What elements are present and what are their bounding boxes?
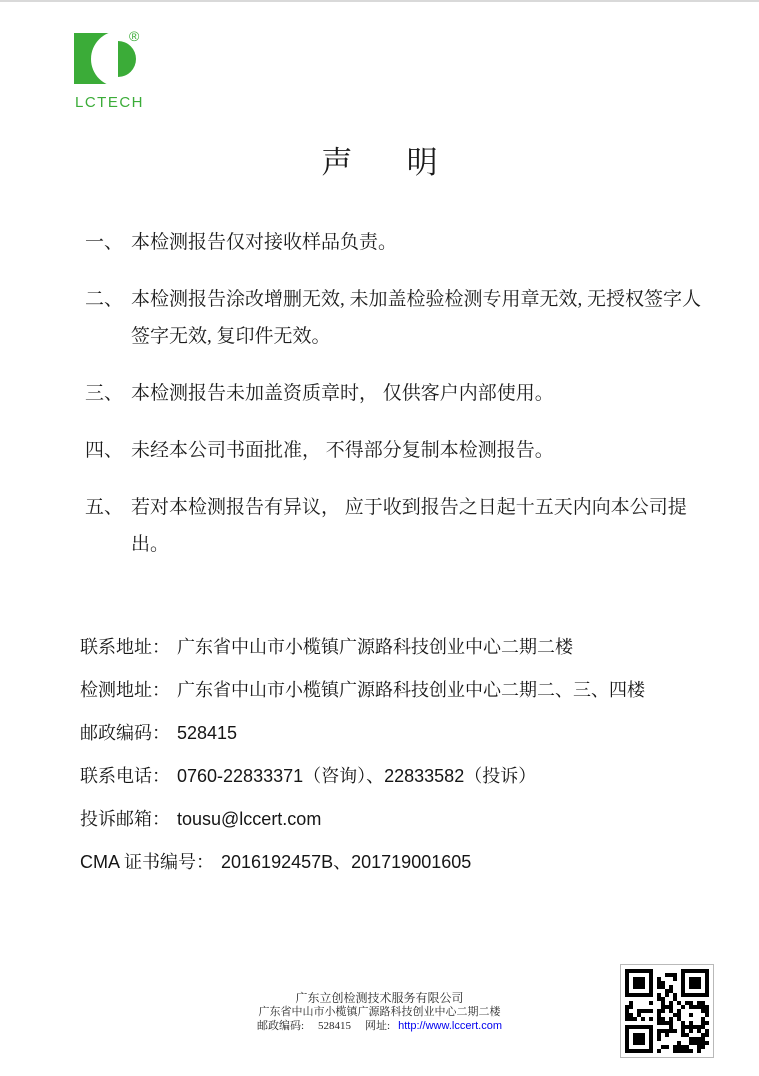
contact-line-complaint-email: 投诉邮箱：tousu@lccert.com bbox=[80, 798, 720, 841]
logo-brand-text: LCTECH bbox=[75, 94, 144, 111]
statement-text: 未经本公司书面批准， 不得部分复制本检测报告。 bbox=[131, 432, 701, 469]
contact-line-test-address: 检测地址：广东省中山市小榄镇广源路科技创业中心二期二、三、四楼 bbox=[80, 669, 720, 712]
contact-label: CMA 证书编号： bbox=[80, 852, 214, 872]
footer-website-label: 网址: bbox=[365, 1020, 390, 1032]
contact-value: 广东省中山市小榄镇广源路科技创业中心二期二、三、四楼 bbox=[177, 680, 645, 700]
statement-item: 三、 本检测报告未加盖资质章时， 仅供客户内部使用。 bbox=[85, 375, 701, 412]
footer-postcode-label: 邮政编码: bbox=[257, 1020, 304, 1032]
statement-number: 二、 bbox=[85, 281, 131, 355]
footer-website-link[interactable]: http://www.lccert.com bbox=[398, 1020, 502, 1032]
contact-value: 0760-22833371（咨询）、22833582（投诉） bbox=[177, 766, 536, 786]
contact-label: 邮政编码： bbox=[80, 723, 170, 743]
qr-code-frame bbox=[620, 964, 714, 1058]
contact-line-phone: 联系电话：0760-22833371（咨询）、22833582（投诉） bbox=[80, 755, 720, 798]
contact-label: 联系电话： bbox=[80, 766, 170, 786]
statement-text: 本检测报告未加盖资质章时， 仅供客户内部使用。 bbox=[131, 375, 701, 412]
statement-number: 三、 bbox=[85, 375, 131, 412]
contact-value: tousu@lccert.com bbox=[177, 809, 321, 829]
statement-item: 四、 未经本公司书面批准， 不得部分复制本检测报告。 bbox=[85, 432, 701, 469]
footer-postcode: 528415 bbox=[318, 1020, 351, 1032]
contact-label: 联系地址： bbox=[80, 637, 170, 657]
statement-text: 若对本检测报告有异议， 应于收到报告之日起十五天内向本公司提出。 bbox=[131, 489, 701, 563]
statement-text: 本检测报告仅对接收样品负责。 bbox=[131, 224, 701, 261]
statement-number: 一、 bbox=[85, 224, 131, 261]
page-top-divider bbox=[0, 0, 759, 2]
statement-item: 一、 本检测报告仅对接收样品负责。 bbox=[85, 224, 701, 261]
contact-label: 检测地址： bbox=[80, 680, 170, 700]
statement-text: 本检测报告涂改增删无效, 未加盖检验检测专用章无效, 无授权签字人签字无效, 复… bbox=[131, 281, 701, 355]
contact-value: 广东省中山市小榄镇广源路科技创业中心二期二楼 bbox=[177, 637, 573, 657]
contact-value: 528415 bbox=[177, 723, 237, 743]
contact-line-address: 联系地址：广东省中山市小榄镇广源路科技创业中心二期二楼 bbox=[80, 626, 720, 669]
page-title: 声明 bbox=[0, 137, 759, 182]
contact-value: 2016192457B、201719001605 bbox=[221, 852, 471, 872]
contact-line-postcode: 邮政编码：528415 bbox=[80, 712, 720, 755]
contact-block: 联系地址：广东省中山市小榄镇广源路科技创业中心二期二楼 检测地址：广东省中山市小… bbox=[80, 626, 720, 884]
lctech-logo-icon bbox=[74, 30, 152, 95]
company-logo: ® LCTECH bbox=[74, 30, 164, 114]
statement-item: 二、 本检测报告涂改增删无效, 未加盖检验检测专用章无效, 无授权签字人签字无效… bbox=[85, 281, 701, 355]
statement-number: 五、 bbox=[85, 489, 131, 563]
contact-line-cma-cert: CMA 证书编号：2016192457B、201719001605 bbox=[80, 841, 720, 884]
statement-number: 四、 bbox=[85, 432, 131, 469]
registered-trademark-icon: ® bbox=[129, 29, 139, 43]
statement-list: 一、 本检测报告仅对接收样品负责。 二、 本检测报告涂改增删无效, 未加盖检验检… bbox=[85, 224, 701, 583]
qr-code bbox=[625, 969, 709, 1053]
declaration-page: ® LCTECH 声明 一、 本检测报告仅对接收样品负责。 二、 本检测报告涂改… bbox=[0, 0, 759, 1076]
statement-item: 五、 若对本检测报告有异议， 应于收到报告之日起十五天内向本公司提出。 bbox=[85, 489, 701, 563]
contact-label: 投诉邮箱： bbox=[80, 809, 170, 829]
